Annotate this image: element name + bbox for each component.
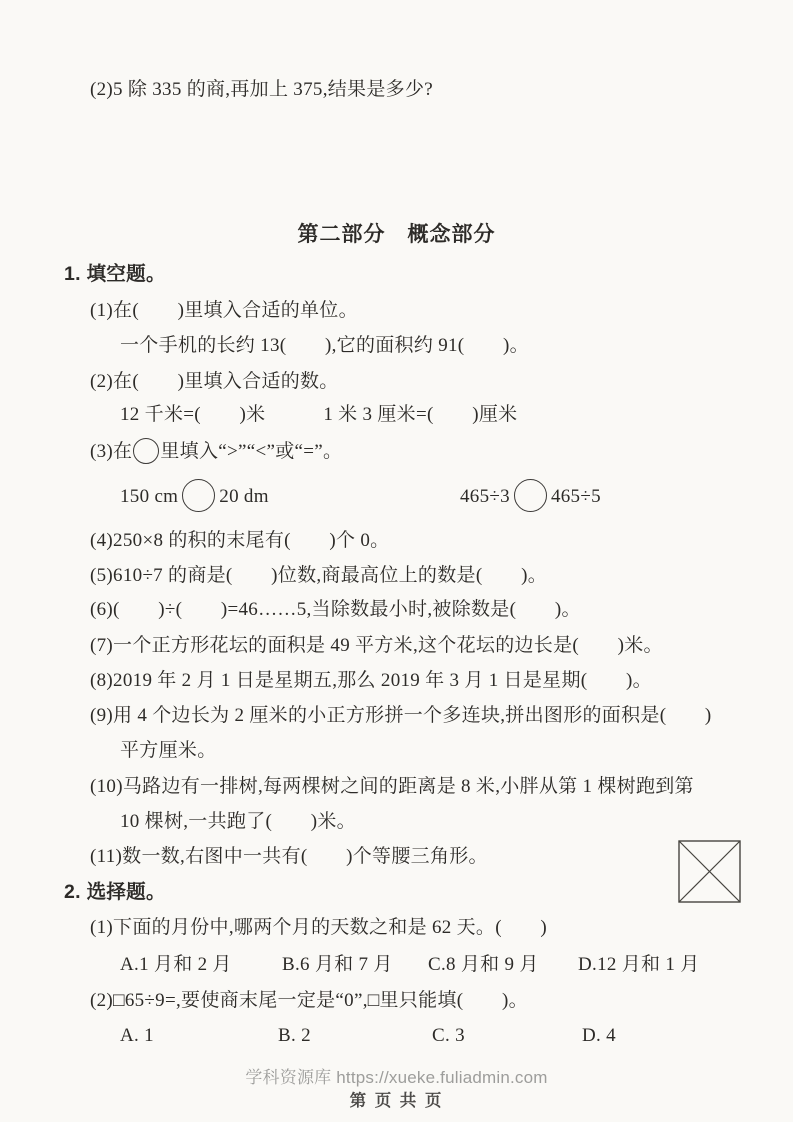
- fill-blank-q1: (1)在( )里填入合适的单位。: [90, 297, 358, 324]
- fill-blank-q4: (4)250×8 的积的末尾有( )个 0。: [90, 527, 389, 554]
- choice-q1-option-c: C.8 月和 9 月: [428, 951, 539, 978]
- square-with-diagonals-figure: [678, 840, 741, 903]
- fill-blank-q2: (2)在( )里填入合适的数。: [90, 368, 339, 395]
- section-title: 第二部分 概念部分: [0, 221, 793, 248]
- choice-q2-option-b: B. 2: [278, 1022, 311, 1049]
- fill-blank-q3-post: 里填入“>”“<”或“=”。: [160, 441, 342, 462]
- fill-blank-q6: (6)( )÷( )=46……5,当除数最小时,被除数是( )。: [90, 596, 581, 623]
- fill-blank-q1-sub: 一个手机的长约 13( ),它的面积约 91( )。: [120, 332, 529, 359]
- choice-q1-option-d: D.12 月和 1 月: [578, 951, 700, 978]
- choice-q1-option-b: B.6 月和 7 月: [282, 951, 393, 978]
- fill-blank-q2-sub: 12 千米=( )米 1 米 3 厘米=( )厘米: [120, 401, 517, 428]
- choice-heading: 2. 选择题。: [64, 879, 166, 906]
- choice-q2-option-d: D. 4: [582, 1022, 616, 1049]
- fill-blank-q3-compare-b: 465÷3465÷5: [460, 479, 601, 512]
- carryover-question: (2)5 除 335 的商,再加上 375,结果是多少?: [90, 76, 433, 103]
- fill-blank-q5: (5)610÷7 的商是( )位数,商最高位上的数是( )。: [90, 562, 547, 589]
- choice-q2: (2)□65÷9=,要使商末尾一定是“0”,□里只能填( )。: [90, 987, 528, 1014]
- fill-blank-q9-line2: 平方厘米。: [120, 737, 217, 764]
- choice-q1: (1)下面的月份中,哪两个月的天数之和是 62 天。( ): [90, 914, 547, 941]
- compare-a-right: 20 dm: [219, 486, 269, 507]
- fill-blank-q3: (3)在里填入“>”“<”或“=”。: [90, 438, 342, 465]
- comparison-circle-icon: [133, 438, 159, 464]
- square-diagonals-icon: [678, 840, 741, 903]
- fill-blank-q8: (8)2019 年 2 月 1 日是星期五,那么 2019 年 3 月 1 日是…: [90, 667, 652, 694]
- fill-blank-q7: (7)一个正方形花坛的面积是 49 平方米,这个花坛的边长是( )米。: [90, 632, 663, 659]
- fill-blank-q9-line1: (9)用 4 个边长为 2 厘米的小正方形拼一个多连块,拼出图形的面积是( ): [90, 702, 712, 729]
- compare-b-left: 465÷3: [460, 486, 510, 507]
- choice-q2-option-a: A. 1: [120, 1022, 154, 1049]
- comparison-circle-icon: [514, 479, 547, 512]
- worksheet-page: (2)5 除 335 的商,再加上 375,结果是多少? 第二部分 概念部分 1…: [0, 0, 793, 1122]
- compare-a-left: 150 cm: [120, 486, 178, 507]
- choice-q1-option-a: A.1 月和 2 月: [120, 951, 232, 978]
- footer-source: 学科资源库 https://xueke.fuliadmin.com: [0, 1063, 793, 1088]
- fill-blank-heading: 1. 填空题。: [64, 261, 166, 288]
- comparison-circle-icon: [182, 479, 215, 512]
- fill-blank-q11: (11)数一数,右图中一共有( )个等腰三角形。: [90, 843, 488, 870]
- fill-blank-q3-pre: (3)在: [90, 441, 132, 462]
- fill-blank-q10-line2: 10 棵树,一共跑了( )米。: [120, 808, 356, 835]
- fill-blank-q3-compare-a: 150 cm20 dm: [120, 479, 269, 512]
- compare-b-right: 465÷5: [551, 486, 601, 507]
- fill-blank-q10-line1: (10)马路边有一排树,每两棵树之间的距离是 8 米,小胖从第 1 棵树跑到第: [90, 773, 694, 800]
- footer-page-info: 第 页 共 页: [0, 1087, 793, 1111]
- choice-q2-option-c: C. 3: [432, 1022, 465, 1049]
